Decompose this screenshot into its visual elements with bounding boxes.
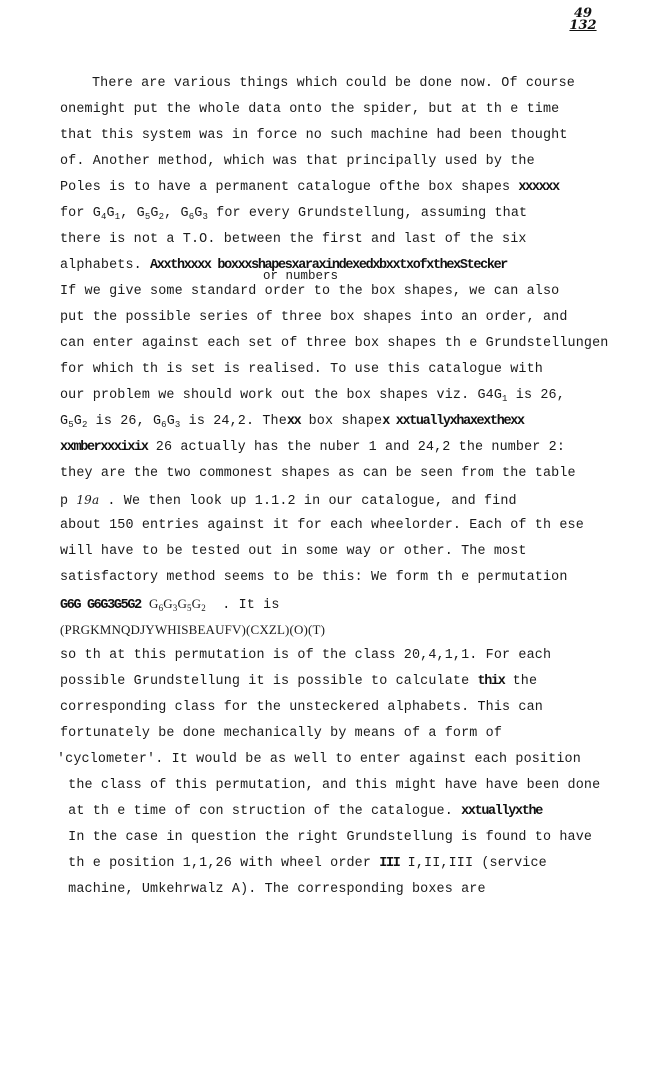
text-line: there is not a T.O. between the first an… bbox=[60, 230, 620, 256]
line-text: alphabets. bbox=[60, 258, 150, 273]
text-line: about 150 entries against it for each wh… bbox=[60, 516, 620, 542]
typescript-body: There are various things which could be … bbox=[60, 74, 620, 906]
text-line: can enter against each set of three box … bbox=[60, 334, 620, 360]
text-line: corresponding class for the unsteckered … bbox=[60, 698, 620, 724]
text-line: 'cyclometer'. It would be as well to ent… bbox=[57, 750, 620, 776]
struck-through-text: xxtuallyxthe bbox=[461, 804, 542, 819]
text-line: G6G G6G3G5G2 G6G3G5G2 . It is bbox=[60, 594, 620, 620]
line-text: th e position 1,1,26 with wheel order bbox=[60, 856, 379, 871]
text-line: the class of this permutation, and this … bbox=[60, 776, 620, 802]
text-line: will have to be tested out in some way o… bbox=[60, 542, 620, 568]
text-line: p 19a . We then look up 1.1.2 in our cat… bbox=[60, 490, 620, 516]
page-number: 49 132 bbox=[563, 8, 603, 32]
text-line: our problem we should work out the box s… bbox=[60, 386, 620, 412]
text-line: of. Another method, which was that princ… bbox=[60, 152, 620, 178]
line-tail: for every Grundstellung, assuming that bbox=[208, 206, 527, 221]
struck-through-text: x xxtuallyxhaxexthexx bbox=[382, 414, 523, 429]
text-line: If we give some standard order to the bo… bbox=[60, 282, 620, 308]
text-line: they are the two commonest shapes as can… bbox=[60, 464, 620, 490]
permutation-cycles: (PRGKMNQDJYWHISBEAUFV)(CXZL)(O)(T) bbox=[60, 620, 620, 646]
text-line: xxmberxxxixix 26 actually has the nuber … bbox=[60, 438, 620, 464]
text-line: There are various things which could be … bbox=[60, 74, 620, 100]
text-line: for G4G1, G5G2, G6G3 for every Grundstel… bbox=[60, 204, 620, 230]
line-text: Poles is to have a permanent catalogue o… bbox=[60, 180, 518, 195]
text-line: G5G2 is 26, G6G3 is 24,2. Thexx box shap… bbox=[60, 412, 620, 438]
struck-through-text: xxxxxx bbox=[518, 180, 558, 195]
text-line: Poles is to have a permanent catalogue o… bbox=[60, 178, 620, 204]
text-line: put the possible series of three box sha… bbox=[60, 308, 620, 334]
struck-through-text: xx bbox=[287, 414, 300, 429]
text-line: fortunately be done mechanically by mean… bbox=[60, 724, 620, 750]
text-line: satisfactory method seems to be this: We… bbox=[60, 568, 620, 594]
struck-through-text: G6G G6G3G5G2 bbox=[60, 598, 141, 613]
line-text: the bbox=[504, 674, 537, 689]
line-text: box shape bbox=[300, 414, 382, 429]
struck-through-text: III bbox=[379, 856, 399, 871]
text-line: that this system was in force no such ma… bbox=[60, 126, 620, 152]
line-text: I,II,III (service bbox=[399, 856, 546, 871]
text-line: th e position 1,1,26 with wheel order II… bbox=[60, 854, 620, 880]
text-line: at th e time of con struction of the cat… bbox=[60, 802, 620, 828]
line-text: possible Grundstellung it is possible to… bbox=[60, 674, 477, 689]
line-text: at th e time of con struction of the cat… bbox=[60, 804, 461, 819]
line-text: p bbox=[60, 494, 76, 509]
text-line: so th at this permutation is of the clas… bbox=[60, 646, 620, 672]
line-text: 26 actually has the nuber 1 and 24,2 the… bbox=[148, 440, 565, 455]
page-number-bottom: 132 bbox=[563, 20, 603, 32]
text-line: onemight put the whole data onto the spi… bbox=[60, 100, 620, 126]
handwritten-annotation: 19a bbox=[76, 493, 99, 507]
permutation-expression: G6G3G5G2 bbox=[149, 596, 206, 611]
text-line: possible Grundstellung it is possible to… bbox=[60, 672, 620, 698]
struck-through-text: thix bbox=[477, 674, 504, 689]
struck-through-text: xxmberxxxixix bbox=[60, 440, 148, 455]
line-text: . We then look up 1.1.2 in our catalogue… bbox=[99, 494, 516, 509]
text-line: In the case in question the right Grunds… bbox=[60, 828, 620, 854]
text-line: for which th is set is realised. To use … bbox=[60, 360, 620, 386]
text-line: machine, Umkehrwalz A). The correspondin… bbox=[60, 880, 620, 906]
